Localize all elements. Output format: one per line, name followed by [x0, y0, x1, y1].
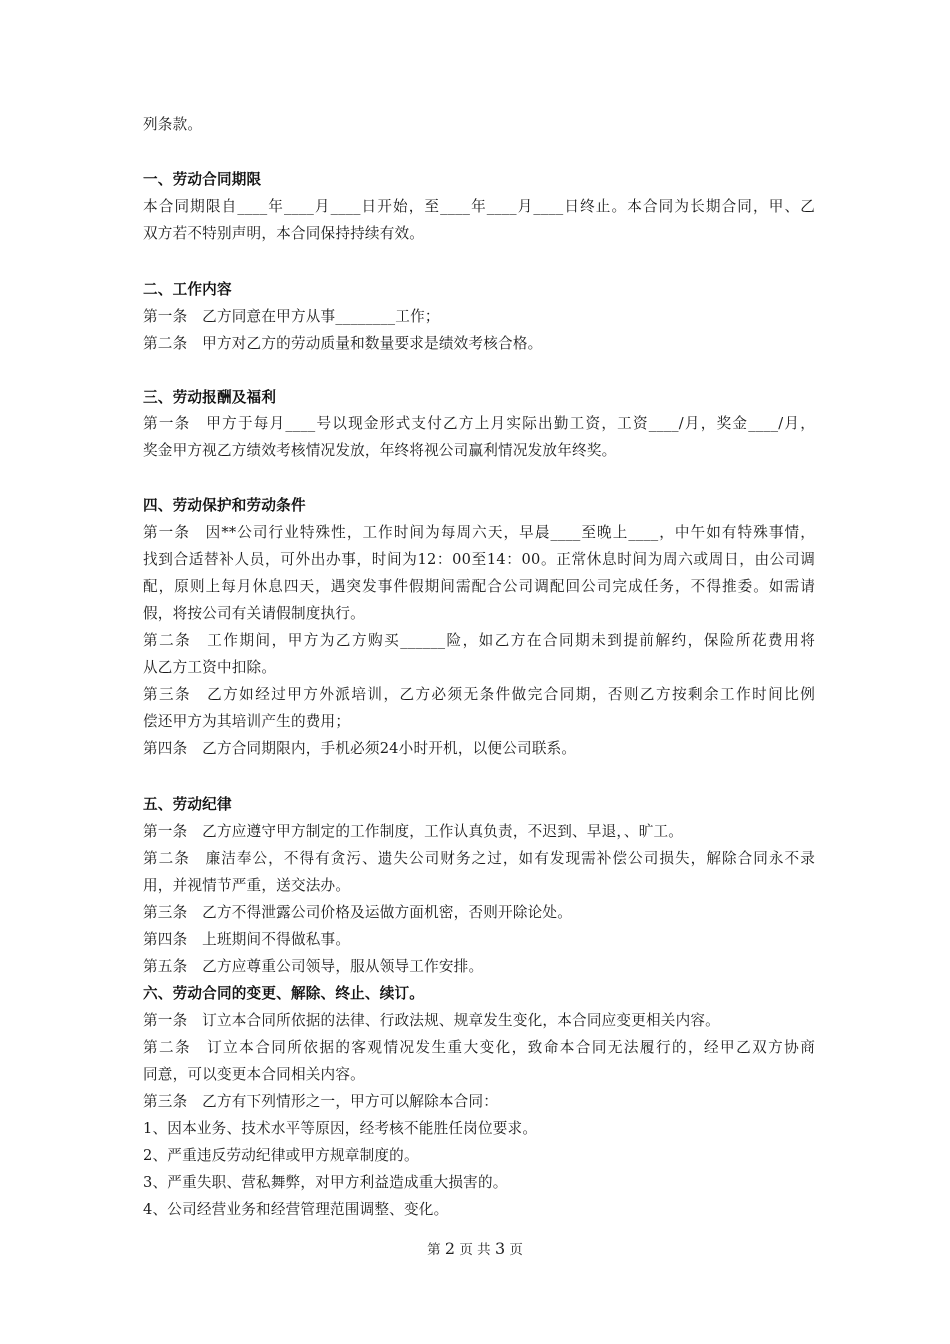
paragraph-line: 第三条 乙方有下列情形之一，甲方可以解除本合同： [143, 1092, 815, 1112]
section-heading: 四、劳动保护和劳动条件 [143, 496, 815, 516]
paragraph-line: 同意，可以变更本合同相关内容。 [143, 1065, 815, 1085]
footer-prefix: 第 [427, 1242, 441, 1258]
paragraph-line: 奖金甲方视乙方绩效考核情况发放，年终将视公司赢利情况发放年终奖。 [143, 441, 815, 461]
paragraph-line: 第一条 乙方应遵守甲方制定的工作制度，工作认真负责，不迟到、早退，、旷工。 [143, 822, 815, 842]
paragraph-line: 第一条 乙方同意在甲方从事________工作； [143, 307, 815, 327]
paragraph-line: 本合同期限自____年____月____日开始，至____年____月____日… [143, 197, 815, 217]
paragraph-line: 4、公司经营业务和经营管理范围调整、变化。 [143, 1200, 815, 1220]
paragraph-line: 第二条 甲方对乙方的劳动质量和数量要求是绩效考核合格。 [143, 334, 815, 354]
section-heading: 五、劳动纪律 [143, 795, 815, 815]
paragraph-line: 第二条 订立本合同所依据的客观情况发生重大变化，致命本合同无法履行的，经甲乙双方… [143, 1038, 815, 1058]
paragraph-line: 2、严重违反劳动纪律或甲方规章制度的。 [143, 1146, 815, 1166]
footer-suffix: 页 [509, 1242, 523, 1258]
paragraph-line: 假，将按公司有关请假制度执行。 [143, 604, 815, 624]
paragraph-line: 第二条 廉洁奉公，不得有贪污、遗失公司财务之过，如有发现需补偿公司损失，解除合同… [143, 849, 815, 869]
paragraph-line: 双方若不特别声明，本合同保持持续有效。 [143, 224, 815, 244]
page-footer: 第 2 页 共 3 页 [0, 1238, 950, 1258]
total-pages-number: 3 [495, 1239, 505, 1258]
paragraph-line: 第三条 乙方不得泄露公司价格及运做方面机密，否则开除论处。 [143, 903, 815, 923]
paragraph-line: 列条款。 [143, 115, 815, 135]
paragraph-line: 第一条 因**公司行业特殊性，工作时间为每周六天，早晨____至晚上____，中… [143, 523, 815, 543]
section-heading: 六、劳动合同的变更、解除、终止、续订。 [143, 984, 815, 1004]
paragraph-line: 找到合适替补人员，可外出办事，时间为12：00至14：00。正常休息时间为周六或… [143, 550, 815, 570]
paragraph-line: 第四条 乙方合同期限内，手机必须24小时开机，以便公司联系。 [143, 739, 815, 759]
paragraph-line: 3、严重失职、营私舞弊，对甲方利益造成重大损害的。 [143, 1173, 815, 1193]
section-heading: 一、劳动合同期限 [143, 170, 815, 190]
paragraph-line: 第一条 甲方于每月____号以现金形式支付乙方上月实际出勤工资，工资____/月… [143, 414, 815, 434]
footer-middle: 页 共 [459, 1242, 490, 1258]
paragraph-line: 偿还甲方为其培训产生的费用； [143, 712, 815, 732]
paragraph-line: 从乙方工资中扣除。 [143, 658, 815, 678]
current-page-number: 2 [445, 1239, 455, 1258]
paragraph-line: 第二条 工作期间，甲方为乙方购买______险，如乙方在合同期未到提前解约，保险… [143, 631, 815, 651]
paragraph-line: 第一条 订立本合同所依据的法律、行政法规、规章发生变化，本合同应变更相关内容。 [143, 1011, 815, 1031]
paragraph-line: 第三条 乙方如经过甲方外派培训，乙方必须无条件做完合同期，否则乙方按剩余工作时间… [143, 685, 815, 705]
paragraph-line: 1、因本业务、技术水平等原因，经考核不能胜任岗位要求。 [143, 1119, 815, 1139]
paragraph-line: 第五条 乙方应尊重公司领导，服从领导工作安排。 [143, 957, 815, 977]
paragraph-line: 第四条 上班期间不得做私事。 [143, 930, 815, 950]
paragraph-line: 用，并视情节严重，送交法办。 [143, 876, 815, 896]
section-heading: 二、工作内容 [143, 280, 815, 300]
document-page: 列条款。一、劳动合同期限本合同期限自____年____月____日开始，至___… [0, 0, 950, 1344]
paragraph-line: 配，原则上每月休息四天，遇突发事件假期间需配合公司调配回公司完成任务，不得推委。… [143, 577, 815, 597]
section-heading: 三、劳动报酬及福利 [143, 388, 815, 408]
